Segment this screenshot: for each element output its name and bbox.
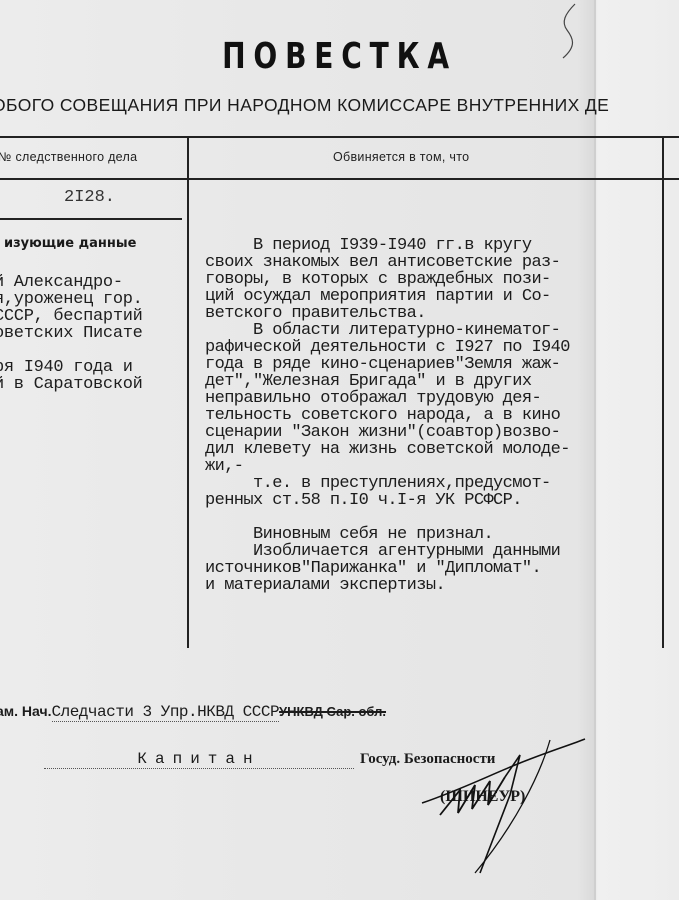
document-subtitle: ОБОГО СОВЕЩАНИЯ ПРИ НАРОДНОМ КОМИССАРЕ В… bbox=[0, 95, 609, 116]
personal-data-label: изующие данные bbox=[4, 236, 136, 251]
position-struck-out: УНКВД Сар. обл. bbox=[279, 704, 386, 719]
case-number-rule bbox=[0, 218, 182, 220]
case-number: 2I28. bbox=[64, 188, 115, 207]
table-right-divider bbox=[662, 138, 664, 648]
table-column-divider bbox=[187, 138, 189, 648]
column-header-case-number: № следственного дела bbox=[0, 150, 137, 164]
personal-data-text: й Александро- я,уроженец гор. СССР, бесп… bbox=[0, 274, 143, 393]
accusation-text: В период I939-I940 гг.в кругу своих знак… bbox=[205, 237, 570, 594]
handwritten-signature-icon bbox=[420, 735, 590, 875]
document-title: ПОВЕСТКА bbox=[75, 36, 605, 77]
column-header-accusation: Обвиняется в том, что bbox=[333, 150, 469, 164]
rank-typed: Капитан bbox=[44, 750, 354, 769]
position-typed: Следчасти 3 Упр.НКВД СССР bbox=[52, 703, 280, 722]
position-label: ам. Нач. bbox=[0, 703, 52, 719]
signatory-position: ам. Нач.Следчасти 3 Упр.НКВД СССРУНКВД С… bbox=[0, 703, 386, 721]
paper-fold-shade bbox=[596, 0, 679, 900]
table-header-rule bbox=[0, 178, 679, 180]
table-top-rule bbox=[0, 136, 679, 138]
